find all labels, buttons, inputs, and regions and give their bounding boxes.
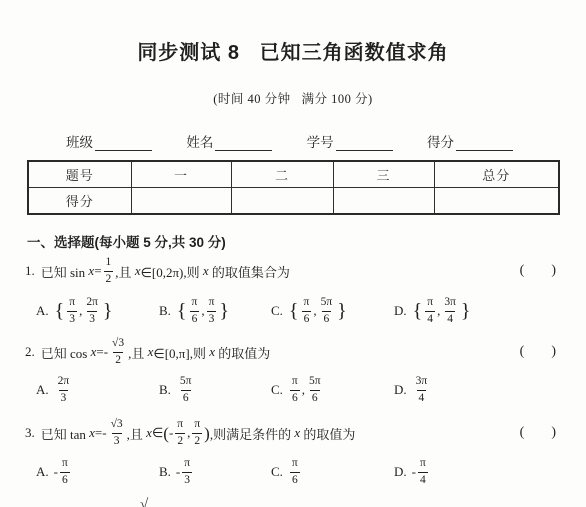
question-3-text: 3. 已知 tan x=- √33 ,且 x∈ (- π2 , π2 ) ,则满… (25, 419, 355, 447)
q2-equals-minus: =- (96, 344, 108, 360)
question-1-option-d: D. { π4 , 3π4 } (394, 297, 566, 325)
option-separator: , (302, 382, 305, 398)
field-class: 班级 (66, 131, 152, 151)
option-label: C. (271, 464, 283, 480)
frac-den: 3 (182, 472, 192, 487)
score-cell-total (434, 188, 559, 215)
score-table: 题号 一 二 三 总分 得分 (27, 160, 560, 215)
question-1-number: 1. (25, 263, 35, 279)
q3-fraction-numerator: √3 (109, 419, 125, 433)
brace-open: { (177, 301, 187, 321)
paper-subtitle: (时间 40 分钟 满分 100 分) (0, 89, 586, 107)
q2-text-seg: ∈[0,π],则 (153, 343, 209, 362)
frac-num: π (190, 297, 200, 311)
frac-num: 2π (56, 376, 72, 390)
question-2-option-d: D. 3π4 (394, 376, 566, 404)
option-fraction: π4 (425, 297, 435, 325)
question-3-option-d: D. - π4 (394, 458, 566, 486)
brace-open: { (289, 301, 299, 321)
q3-text-seg: 已知 tan (41, 424, 89, 443)
field-name-blank-line (215, 135, 272, 151)
question-2-stem: 2. 已知 cos x=- √32 ,且 x∈[0,π],则 x 的取值为 () (25, 332, 556, 372)
student-info-row: 班级 姓名 学号 得分 (66, 131, 513, 151)
frac-den: 6 (310, 390, 320, 405)
q1-fraction-numerator: 1 (104, 257, 114, 271)
question-2-option-c: C. π6 , 5π6 (271, 376, 394, 404)
option-fraction: π4 (418, 458, 428, 486)
option-minus: - (176, 464, 180, 480)
frac-num: π (175, 419, 185, 433)
brace-open: { (55, 301, 65, 321)
q2-fraction-denominator: 2 (113, 352, 123, 367)
q3-element-of: ∈ (152, 425, 163, 441)
q1-fraction-denominator: 2 (104, 271, 114, 286)
q2-text-seg: 已知 cos (41, 343, 91, 362)
question-3-number: 3. (25, 425, 35, 441)
q3-minus: - (169, 425, 173, 441)
blank-paren-open: ( (520, 425, 525, 441)
option-fraction: 2π3 (84, 297, 100, 325)
option-label: A. (36, 382, 49, 398)
question-2-number: 2. (25, 344, 35, 360)
question-1-option-a: A. { π3 , 2π3 } (36, 297, 159, 325)
frac-den: 6 (181, 390, 191, 405)
option-label: C. (271, 303, 283, 319)
frac-den: 6 (302, 311, 312, 326)
cut-off-radical-fragment: √ (140, 495, 162, 507)
q3-text-seg: ,且 (127, 424, 147, 443)
option-fraction: 3π4 (442, 297, 458, 325)
frac-den: 3 (59, 390, 69, 405)
score-header-part-2: 二 (231, 161, 333, 188)
q3-comma: , (187, 425, 190, 441)
frac-den: 6 (60, 472, 70, 487)
frac-num: π (425, 297, 435, 311)
field-class-label: 班级 (66, 131, 93, 151)
brace-close: } (461, 301, 471, 321)
radical-glyph: √ (140, 497, 148, 507)
frac-num: π (290, 458, 300, 472)
question-1-option-c: C. { π6 , 5π6 } (271, 297, 394, 325)
blank-paren-close: ) (551, 263, 556, 279)
q3-fraction-denominator: 3 (112, 433, 122, 448)
brace-close: } (103, 301, 113, 321)
question-3-option-a: A. - π6 (36, 458, 159, 486)
frac-den: 3 (87, 311, 97, 326)
frac-den: 2 (192, 433, 202, 448)
field-name: 姓名 (186, 131, 272, 151)
score-cell-part-1 (131, 188, 231, 215)
score-table-header-row: 题号 一 二 三 总分 (28, 161, 559, 188)
frac-num: 3π (442, 297, 458, 311)
paper-title: 同步测试 8 已知三角函数值求角 (0, 36, 586, 65)
score-header-question-no: 题号 (28, 161, 131, 188)
frac-num: π (207, 297, 217, 311)
frac-den: 6 (190, 311, 200, 326)
option-label: D. (394, 464, 407, 480)
question-1-answer-blank: () (520, 263, 556, 279)
option-label: A. (36, 464, 49, 480)
option-minus: - (54, 464, 58, 480)
option-fraction: π6 (60, 458, 70, 486)
score-table-score-row: 得分 (28, 188, 559, 215)
question-3-option-b: B. - π3 (159, 458, 271, 486)
option-fraction: π6 (290, 458, 300, 486)
question-3-stem: 3. 已知 tan x=- √33 ,且 x∈ (- π2 , π2 ) ,则满… (25, 413, 556, 453)
option-minus: - (412, 464, 416, 480)
field-name-label: 姓名 (186, 131, 213, 151)
brace-open: { (413, 301, 423, 321)
q3-interval-fraction: π2 (175, 419, 185, 447)
option-fraction: 5π6 (307, 376, 323, 404)
option-label: D. (394, 382, 407, 398)
q1-fraction: 12 (104, 257, 114, 285)
option-fraction: π3 (207, 297, 217, 325)
question-1-options: A. { π3 , 2π3 } B. { π6 , π3 } C. { π6 ,… (36, 293, 566, 329)
question-1-option-b: B. { π6 , π3 } (159, 297, 271, 325)
brace-close: } (337, 301, 347, 321)
option-fraction: π3 (67, 297, 77, 325)
question-2-text: 2. 已知 cos x=- √32 ,且 x∈[0,π],则 x 的取值为 (25, 338, 270, 366)
q3-interval-fraction: π2 (192, 419, 202, 447)
question-3-answer-blank: () (520, 425, 556, 441)
option-label: B. (159, 464, 171, 480)
option-separator: , (313, 303, 316, 319)
score-row-label: 得分 (28, 188, 131, 215)
frac-num: π (60, 458, 70, 472)
q1-text-seg: 的取值集合为 (209, 262, 290, 281)
option-fraction: 5π6 (319, 297, 335, 325)
field-student-id: 学号 (307, 131, 393, 151)
frac-num: 5π (319, 297, 335, 311)
question-2-option-b: B. 5π6 (159, 376, 271, 404)
question-1-stem: 1. 已知 sin x= 12 ,且 x∈[0,2π),则 x 的取值集合为 (… (25, 252, 556, 290)
q2-fraction-numerator: √3 (110, 338, 126, 352)
option-fraction: π3 (182, 458, 192, 486)
frac-den: 4 (418, 472, 428, 487)
frac-num: π (290, 376, 300, 390)
q1-equals: = (94, 263, 101, 279)
frac-den: 6 (322, 311, 332, 326)
question-2-options: A. 2π3 B. 5π6 C. π6 , 5π6 D. 3π4 (36, 372, 566, 408)
q2-text-seg: ,且 (128, 343, 148, 362)
frac-num: π (418, 458, 428, 472)
q1-text-seg: ,且 (115, 262, 135, 281)
frac-num: π (192, 419, 202, 433)
option-fraction: 5π6 (178, 376, 194, 404)
frac-num: 3π (414, 376, 430, 390)
option-separator: , (201, 303, 204, 319)
question-1-text: 1. 已知 sin x= 12 ,且 x∈[0,2π),则 x 的取值集合为 (25, 257, 290, 285)
field-score-label: 得分 (427, 131, 454, 151)
option-label: B. (159, 303, 171, 319)
option-label: A. (36, 303, 49, 319)
frac-den: 2 (175, 433, 185, 448)
frac-den: 4 (417, 390, 427, 405)
option-label: D. (394, 303, 407, 319)
frac-num: 5π (307, 376, 323, 390)
score-cell-part-2 (231, 188, 333, 215)
blank-paren-open: ( (520, 344, 525, 360)
score-header-part-1: 一 (131, 161, 231, 188)
q1-text-seg: 已知 sin (41, 262, 89, 281)
frac-den: 4 (425, 311, 435, 326)
frac-den: 6 (290, 390, 300, 405)
question-3-options: A. - π6 B. - π3 C. π6 D. - π4 (36, 454, 566, 490)
score-header-part-3: 三 (333, 161, 434, 188)
q3-equals-minus: =- (95, 425, 107, 441)
question-3-option-c: C. π6 (271, 458, 394, 486)
q1-text-seg: ∈[0,2π),则 (141, 262, 203, 281)
q3-text-seg: ,则满足条件的 (210, 424, 295, 443)
option-label: C. (271, 382, 283, 398)
field-score: 得分 (427, 131, 513, 151)
option-fraction: 2π3 (56, 376, 72, 404)
frac-num: π (302, 297, 312, 311)
blank-paren-open: ( (520, 263, 525, 279)
question-2-answer-blank: () (520, 344, 556, 360)
question-2-option-a: A. 2π3 (36, 376, 159, 404)
field-class-blank-line (95, 135, 152, 151)
q3-fraction: √33 (109, 419, 125, 447)
blank-paren-close: ) (551, 425, 556, 441)
frac-num: π (67, 297, 77, 311)
frac-num: π (182, 458, 192, 472)
option-fraction: π6 (302, 297, 312, 325)
option-label: B. (159, 382, 171, 398)
score-header-total: 总分 (434, 161, 559, 188)
brace-close: } (219, 301, 229, 321)
option-separator: , (79, 303, 82, 319)
frac-den: 3 (207, 311, 217, 326)
option-fraction: 3π4 (414, 376, 430, 404)
option-separator: , (437, 303, 440, 319)
field-student-id-blank-line (336, 135, 393, 151)
option-fraction: π6 (190, 297, 200, 325)
field-student-id-label: 学号 (307, 131, 334, 151)
q3-text-seg: 的取值为 (300, 424, 355, 443)
field-score-blank-line (456, 135, 513, 151)
frac-den: 4 (445, 311, 455, 326)
score-cell-part-3 (333, 188, 434, 215)
option-fraction: π6 (290, 376, 300, 404)
section-1-heading: 一、选择题(每小题 5 分,共 30 分) (27, 231, 226, 251)
frac-num: 5π (178, 376, 194, 390)
blank-paren-close: ) (551, 344, 556, 360)
frac-den: 6 (290, 472, 300, 487)
q2-fraction: √32 (110, 338, 126, 366)
frac-den: 3 (67, 311, 77, 326)
test-paper-page: 同步测试 8 已知三角函数值求角 (时间 40 分钟 满分 100 分) 班级 … (0, 0, 586, 507)
frac-num: 2π (84, 297, 100, 311)
q2-text-seg: 的取值为 (215, 343, 270, 362)
